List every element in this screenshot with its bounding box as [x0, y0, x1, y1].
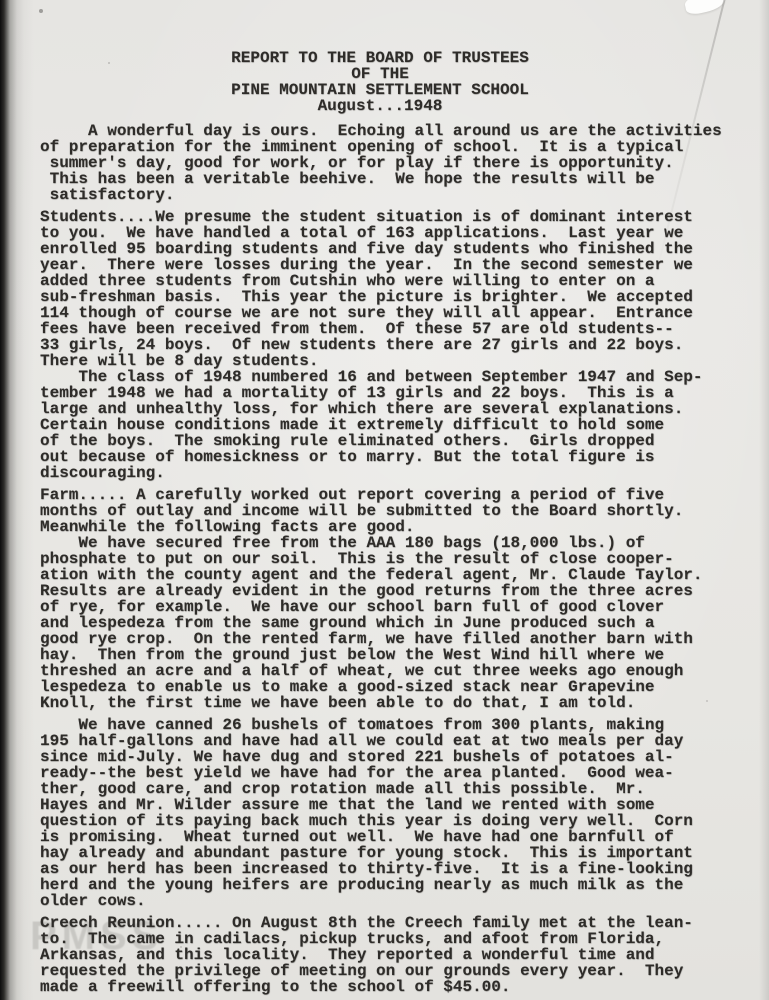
- paragraph-canning-and-herd: We have canned 26 bushels of tomatoes fr…: [40, 717, 720, 909]
- scanned-document-page: PMSS REPORT TO THE BOARD OF TRUSTEES OF …: [0, 0, 769, 1000]
- scan-edge-shadow: [0, 0, 34, 1000]
- typewritten-text: REPORT TO THE BOARD OF TRUSTEES OF THE P…: [40, 50, 720, 1000]
- scan-edge-shadow-right: [759, 0, 769, 1000]
- paper-specks: [0, 0, 2, 2]
- document-title: REPORT TO THE BOARD OF TRUSTEES OF THE P…: [40, 50, 720, 114]
- paragraph-students: Students....We presume the student situa…: [40, 209, 720, 481]
- paragraph-creech-reunion: Creech Reunion..... On August 8th the Cr…: [40, 915, 720, 995]
- paragraph-intro: A wonderful day is ours. Echoing all aro…: [40, 123, 720, 203]
- paragraph-farm: Farm..... A carefully worked out report …: [40, 487, 720, 711]
